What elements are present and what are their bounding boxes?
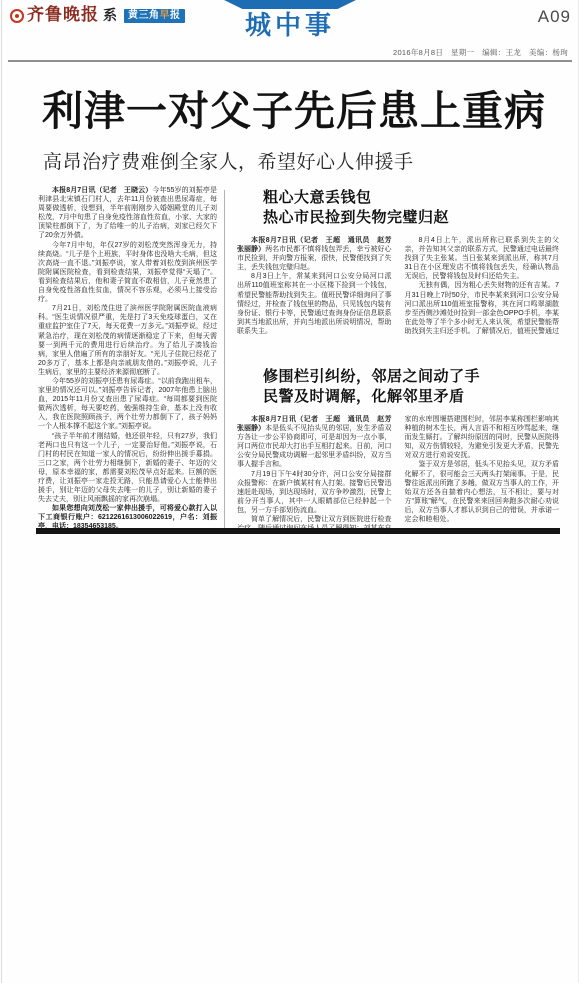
paragraph: 本报8月7日讯（记者 王晓云）今年55岁的刘振亭是利津县北宋镇石门村人，去年11… (38, 186, 217, 241)
paragraph: 今年7月中旬，年仅27岁的刘松茂突然浑身无力，持续高烧。“儿子是个上班族，平时身… (38, 241, 217, 305)
article-fence-dispute: 修围栏引纠纷，邻居之间动了手 民警及时调解，化解邻里矛盾 本报8月7日讯（记者 … (237, 367, 559, 534)
page-edge-right (578, 0, 579, 983)
article-fence-headline-line1: 修围栏引纠纷，邻居之间动了手 (237, 367, 559, 387)
paragraph: 7月21日，刘松茂住进了滨州医学院附属医院血液病科。“医生说情况很严重，先是打了… (38, 304, 217, 377)
page-number: A09 (538, 7, 571, 27)
paragraph: 本报8月7日讯（记者 王超 通讯员 赵芳 张丽静）两名市民都不慎将钱包弄丢，幸亏… (237, 236, 392, 272)
masthead-trapezoid-shape (224, 0, 356, 9)
paragraph: 7月19日下午4时30分许，河口公安分局接群众报警称：在新户镇某村有人打架。接警… (237, 470, 392, 515)
header-rule (8, 60, 572, 62)
article-wallet: 粗心大意丢钱包 热心市民捡到失物完璧归赵 本报8月7日讯（记者 王超 通讯员 赵… (237, 188, 559, 352)
lead-subheadline: 高昂治疗费难倒全家人，希望好心人伸援手 (43, 147, 414, 174)
paragraph: 8月3日上午，常某来到河口公安分局河口派出所110值班室称其在一小区楼下捡到一个… (237, 272, 392, 336)
right-articles-area: 粗心大意丢钱包 热心市民捡到失物完璧归赵 本报8月7日讯（记者 王超 通讯员 赵… (237, 188, 559, 534)
section-title: 城中事 (0, 11, 580, 40)
newspaper-page: 齐鲁晚报 系 黄三角早报 城中事 A09 2016年8月8日 星期一 编辑：王龙… (0, 0, 580, 983)
paragraph: 鉴于双方是邻居，低头不见抬头见，双方矛盾化解不了，很可能会三天两头打架闹事。于是… (405, 460, 560, 524)
lead-article-body: 本报8月7日讯（记者 王晓云）今年55岁的刘振亭是利津县北宋镇石门村人，去年11… (38, 186, 217, 534)
article-wallet-headline-line2: 热心市民捡到失物完璧归赵 (237, 208, 559, 228)
article-wallet-headline-line1: 粗心大意丢钱包 (237, 188, 559, 208)
date-editor-line: 2016年8月8日 星期一 编辑：王龙 美编：杨珣 (393, 47, 568, 58)
byline: 本报8月7日讯（记者 王晓云） (52, 187, 152, 194)
paragraph: 8月4日上午，派出所称已联系到失主的父亲，并告知其父亲的联系方式，民警通过电话最… (405, 236, 560, 281)
column-divider (224, 190, 225, 530)
article-wallet-body: 本报8月7日讯（记者 王超 通讯员 赵芳 张丽静）两名市民都不慎将钱包弄丢，幸亏… (237, 236, 559, 352)
section-masthead: 城中事 (0, 0, 580, 40)
paragraph: 今年55岁的刘振亭还患有尿毒症。“以前我跑出租车，家里的情况还可以。”刘振亭告诉… (38, 377, 217, 432)
paragraph: “孩子半年前才刚结婚，他还很年轻，只有27岁，我们老两口也只有这一个儿子，一定要… (38, 432, 217, 505)
article-fence-body: 本报8月7日讯（记者 王超 通讯员 赵芳 张丽静）本是低头不见抬头见的邻居，发生… (237, 415, 559, 534)
page-edge-left (1, 0, 2, 983)
lead-headline: 利津一对父子先后患上重病 (42, 88, 562, 135)
article-fence-headline-line2: 民警及时调解，化解邻里矛盾 (237, 387, 559, 407)
bottom-rule (36, 528, 560, 534)
paragraph: 本报8月7日讯（记者 王超 通讯员 赵芳 张丽静）本是低头不见抬头见的邻居，发生… (237, 415, 392, 470)
paragraph-text: 今年55岁的刘振亭是利津县北宋镇石门村人，去年11月份被查出患尿毒症，每周要做透… (38, 187, 217, 239)
